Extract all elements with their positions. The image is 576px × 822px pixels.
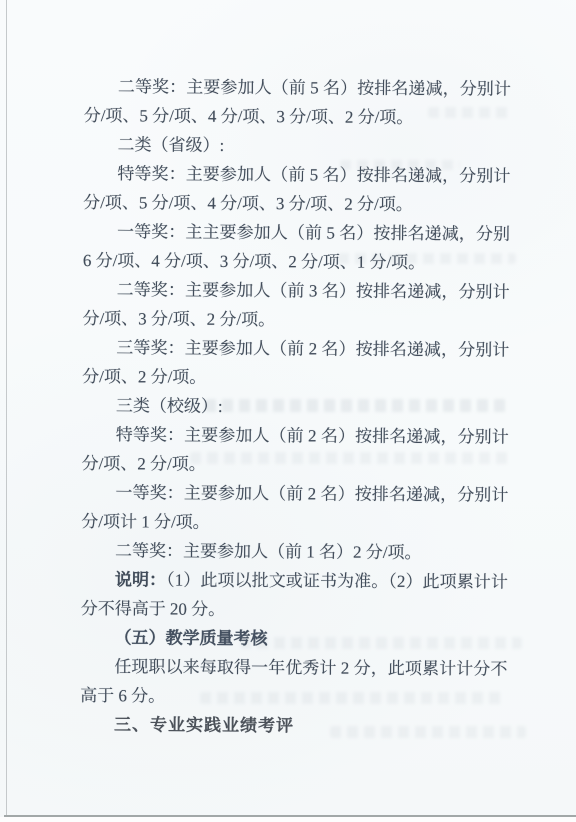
scanned-page: 二等奖：主要参加人（前 5 名）按排名递减，分别计 7 分/项、5 分/项、4 … [0,0,576,822]
scan-edge-left [6,0,7,816]
text-line: 分不得高于 20 分。 [81,594,508,626]
text-line: 特等奖：主要参加人（前 5 名）按排名递减，分别计 7 [83,159,510,191]
section-heading-professional-practice: 三、专业实践业绩考评 [80,710,507,742]
text-line: 三类（校级）: [82,391,509,423]
text-line: 二类（省级）: [83,130,510,162]
text-line: 分/项、2 分/项。 [82,449,509,481]
text-line-explanation: 说明：（1）此项以批文或证书为准。（2）此项累计计 [81,565,508,597]
text-line: 二等奖：主要参加人（前 5 名）按排名递减，分别计 7 [84,72,511,104]
explanation-text: （1）此项以批文或证书为准。（2）此项累计计 [166,571,508,592]
text-line: 任现职以来每取得一年优秀计 2 分，此项累计计分不得 [80,652,507,684]
text-line: 分/项、5 分/项、4 分/项、3 分/项、2 分/项。 [84,101,511,133]
section-heading-teaching-quality: （五）教学质量考核 [80,623,507,655]
text-line: 特等奖：主要参加人（前 2 名）按排名递减，分别计 4 [82,420,509,452]
scan-background-strip [0,817,576,822]
text-line: 一等奖：主要参加人（前 2 名）按排名递减，分别计 3 [81,478,508,510]
text-line: 分/项、5 分/项、4 分/项、3 分/项、2 分/项。 [83,188,510,220]
text-line: 6 分/项、4 分/项、3 分/项、2 分/项、1 分/项。 [83,246,510,278]
text-line: 分/项计 1 分/项。 [81,507,508,539]
document-text-block: 二等奖：主要参加人（前 5 名）按排名递减，分别计 7 分/项、5 分/项、4 … [80,72,511,742]
text-line: 三等奖：主要参加人（前 2 名）按排名递减，分别计 4 [82,333,509,365]
text-line: 一等奖：主主要参加人（前 5 名）按排名递减，分别计 [83,217,510,249]
text-line: 高于 6 分。 [80,681,507,713]
text-line: 二等奖：主要参加人（前 3 名）按排名递减，分别计 5 [83,275,510,307]
explanation-label: 说明： [115,570,166,589]
text-line: 二等奖：主要参加人（前 1 名）2 分/项。 [81,536,508,568]
text-line: 分/项、3 分/项、2 分/项。 [82,304,509,336]
text-line: 分/项、2 分/项。 [82,362,509,394]
